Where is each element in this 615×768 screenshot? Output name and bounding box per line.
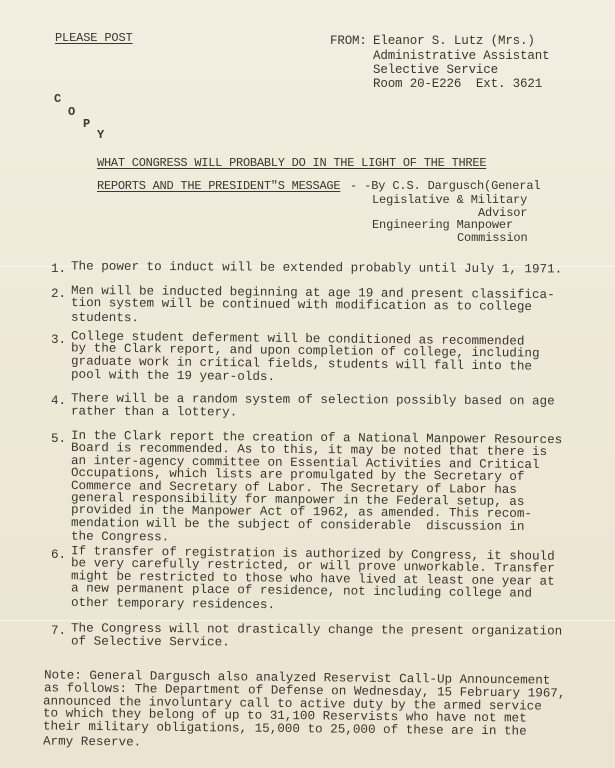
item-text-line: tion system will be continued with modif… <box>71 297 532 314</box>
item-number: 7. <box>51 624 66 638</box>
item-text-line: the Congress. <box>71 531 169 544</box>
item-number: 6. <box>51 548 66 562</box>
copy-letter: Y <box>97 129 104 141</box>
item-number: 4. <box>51 394 66 408</box>
from-room: Room 20-E226 Ext. 3621 <box>373 78 542 90</box>
please-post-label: PLEASE POST <box>55 32 133 44</box>
document-page: PLEASE POST FROM: Eleanor S. Lutz (Mrs.)… <box>0 0 615 768</box>
copy-letter: O <box>68 106 75 118</box>
author-org-2: Commission <box>457 232 528 244</box>
title-line-2: REPORTS AND THE PRESIDENT"S MESSAGE <box>97 180 340 192</box>
note-line: Army Reserve. <box>43 735 141 749</box>
from-org: Selective Service <box>373 64 498 76</box>
item-text-line: The power to induct will be extended pro… <box>71 260 562 276</box>
from-title: Administrative Assistant <box>373 50 549 62</box>
from-name: Eleanor S. Lutz (Mrs.) <box>373 35 535 47</box>
from-label: FROM: <box>330 35 367 47</box>
byline: - -By C.S. Dargusch(General <box>343 180 540 192</box>
item-text-line: rather than a lottery. <box>71 406 237 420</box>
item-text-line: of Selective Service. <box>71 636 230 650</box>
title-line-1: WHAT CONGRESS WILL PROBABLY DO IN THE LI… <box>97 157 486 169</box>
author-org-1: Engineering Manpower <box>372 219 513 231</box>
item-number: 3. <box>51 333 66 347</box>
item-number: 5. <box>51 432 66 446</box>
item-number: 2. <box>51 287 66 301</box>
item-number: 1. <box>51 262 66 276</box>
copy-letter: C <box>54 93 61 105</box>
item-text-line: pool with the 19 year-olds. <box>71 369 275 384</box>
copy-letter: P <box>83 118 90 130</box>
item-text-line: other temporary residences. <box>71 596 275 611</box>
author-role-1: Legislative & Military <box>372 194 527 206</box>
item-text-line: students. <box>71 312 139 325</box>
